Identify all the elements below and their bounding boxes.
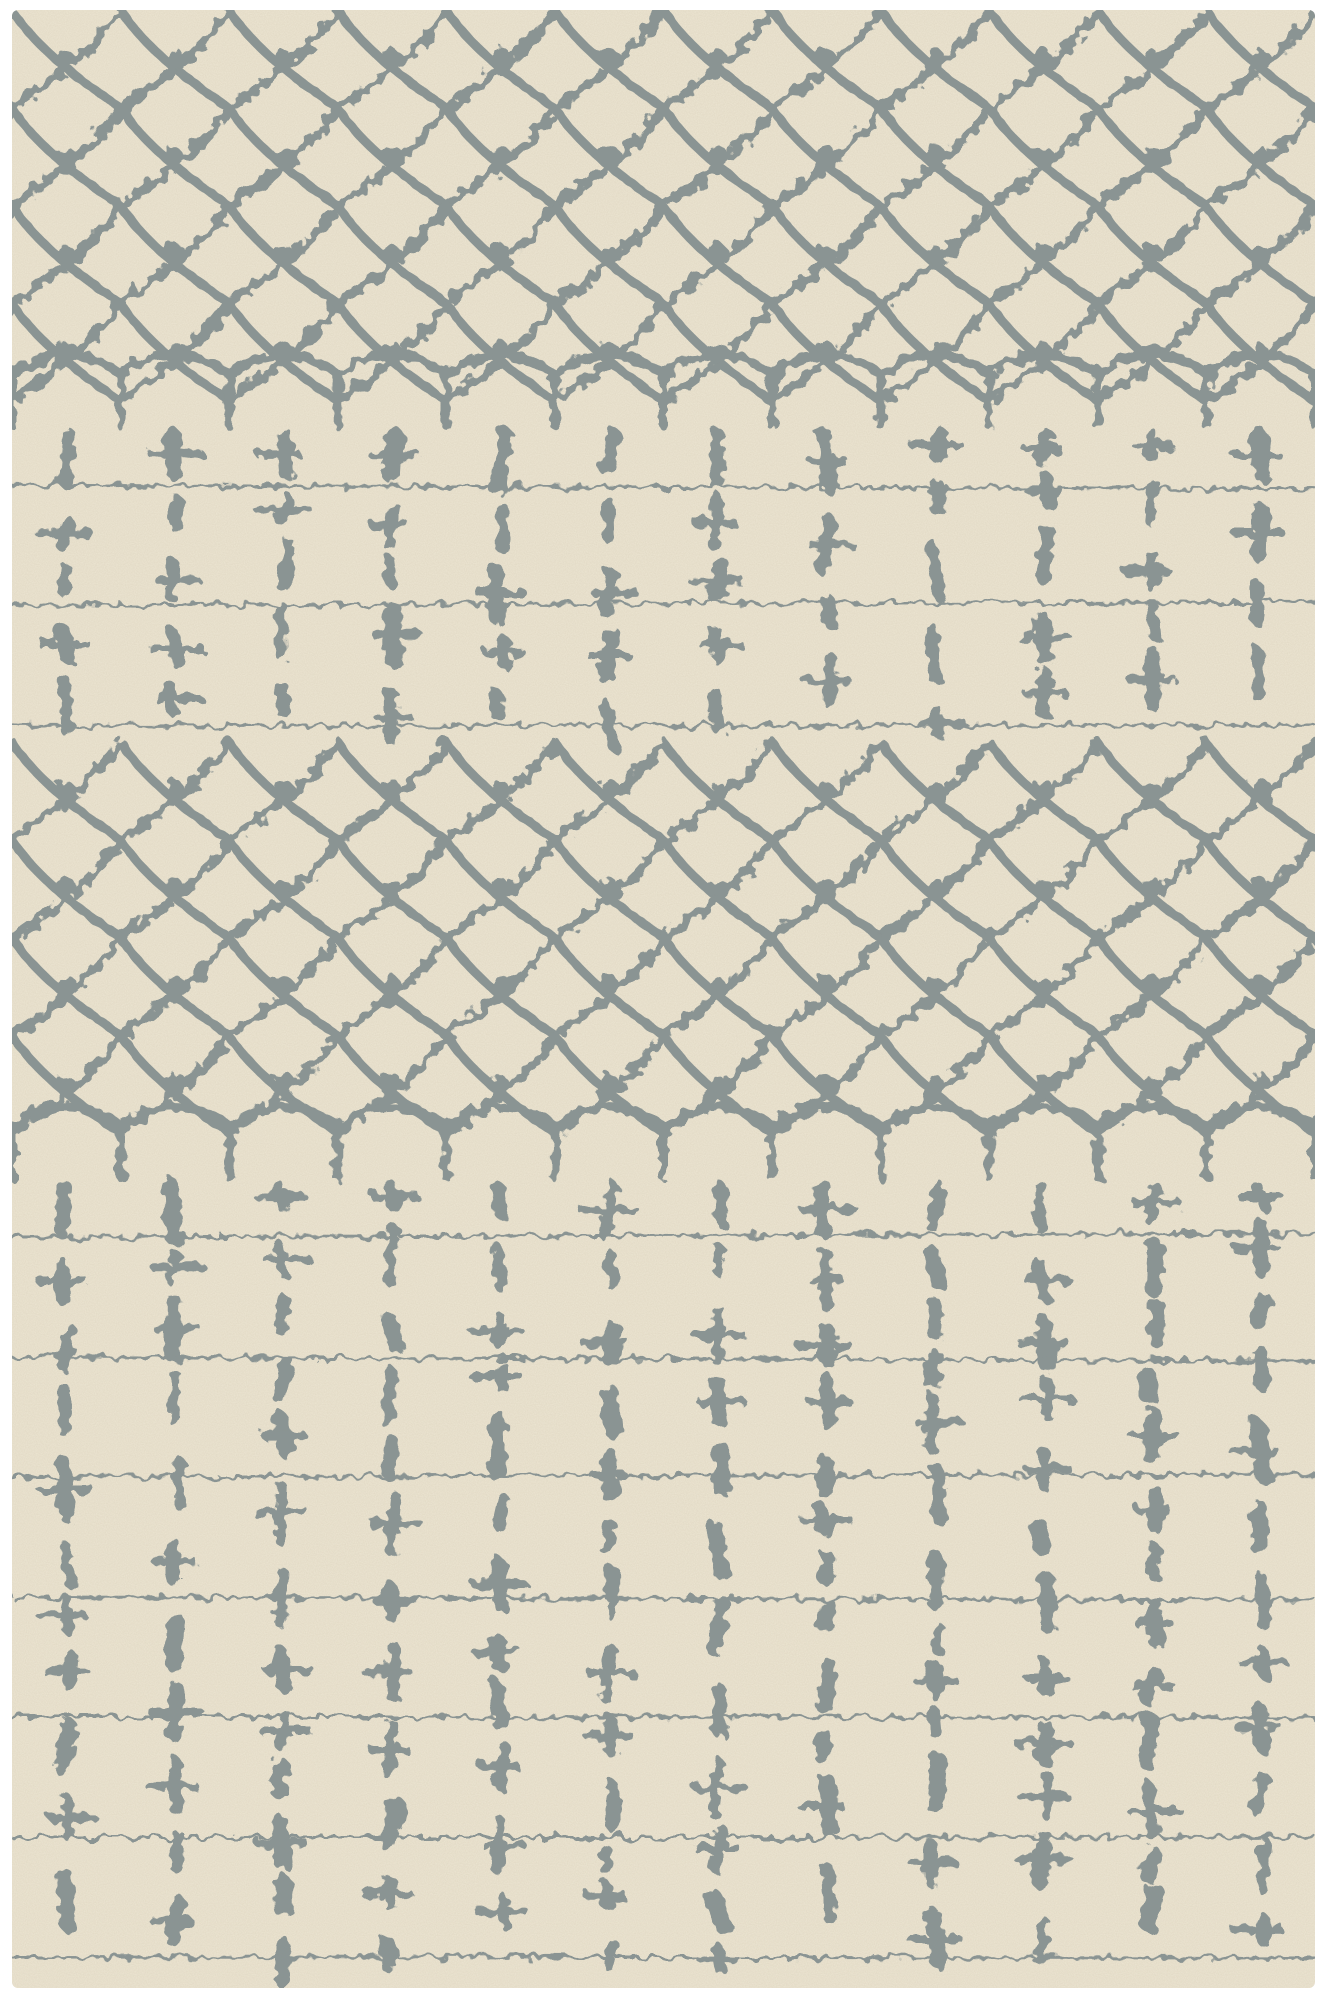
rug-pattern: [12, 10, 1315, 1988]
rug-photo: Ivory shag rug with grey Moroccan trelli…: [12, 10, 1315, 1988]
